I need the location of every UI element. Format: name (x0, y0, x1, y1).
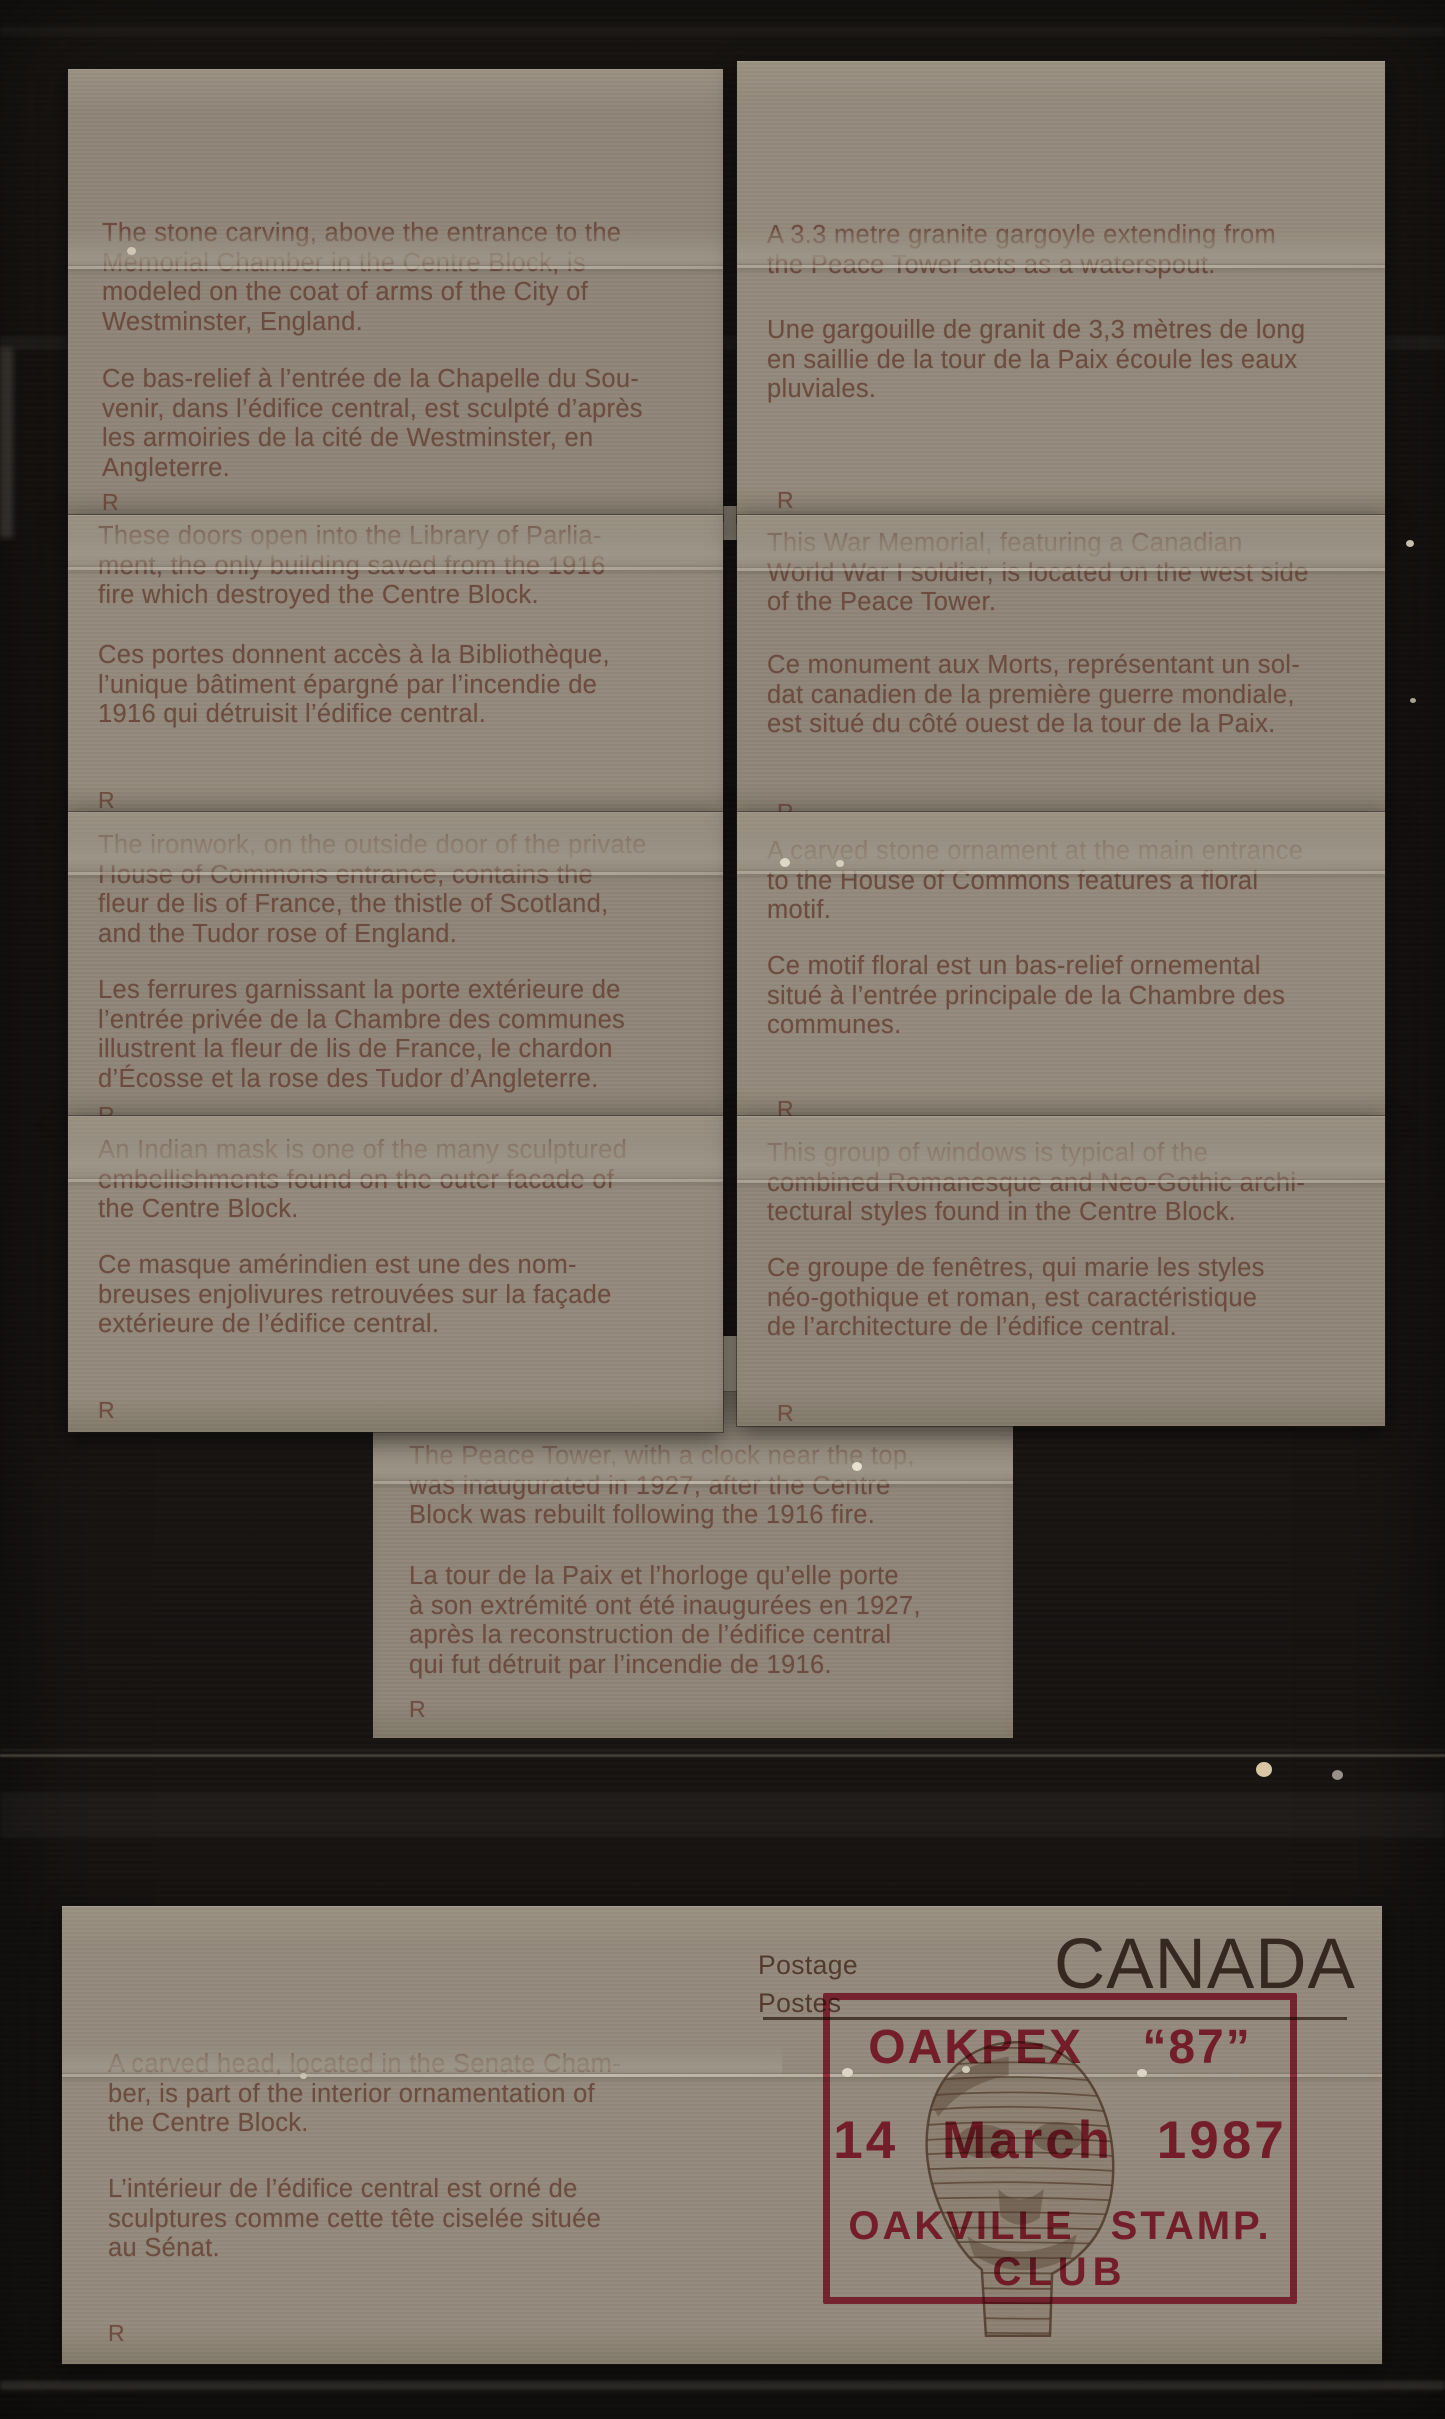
booklet-pane-right-4: This group of windows is typical of the … (737, 1116, 1385, 1426)
pane-text-french: Ce bas-relief à l’entrée de la Chapelle … (102, 365, 643, 483)
pane-text-english: The Peace Tower, with a clock near the t… (409, 1442, 915, 1531)
rate-marker: R (409, 1696, 427, 1723)
pane-text-english: A carved head, located in the Senate Cha… (108, 2050, 621, 2139)
dust-speck (1332, 1770, 1343, 1780)
cachet-club-line-2: CLUB (830, 2250, 1290, 2295)
booklet-cover-bottom: A carved head, located in the Senate Cha… (62, 1906, 1382, 2364)
booklet-pane-left-4: An Indian mask is one of the many sculpt… (68, 1116, 723, 1432)
pane-text-english: These doors open into the Library of Par… (98, 522, 606, 611)
rate-marker: R (102, 489, 120, 516)
pane-text-english: A carved stone ornament at the main entr… (767, 837, 1303, 926)
background-streak (0, 1792, 1445, 1838)
pane-text-english: The ironwork, on the outside door of the… (98, 831, 647, 949)
booklet-pane-right-3: A carved stone ornament at the main entr… (737, 812, 1385, 1124)
rate-marker: R (777, 1400, 795, 1427)
booklet-pane-center: The Peace Tower, with a clock near the t… (373, 1392, 1013, 1738)
pane-text-french: Une gargouille de granit de 3,3 mètres d… (767, 316, 1305, 405)
rate-marker: R (777, 487, 795, 514)
background-streak (0, 348, 13, 538)
pane-text-french: Ce masque amérindien est une des nom- br… (98, 1251, 612, 1340)
pane-text-french: Les ferrures garnissant la porte extérie… (98, 976, 625, 1094)
pane-text-english: This War Memorial, featuring a Canadian … (767, 529, 1309, 618)
rate-marker: R (108, 2320, 126, 2347)
dust-speck (1406, 540, 1414, 547)
cachet-date-line: 14 March 1987 (830, 2110, 1290, 2171)
booklet-pane-right-2: This War Memorial, featuring a Canadian … (737, 515, 1385, 820)
background-streak (0, 26, 1445, 36)
pane-text-english: This group of windows is typical of the … (767, 1139, 1305, 1228)
pane-text-english: A 3.3 metre granite gargoyle extending f… (767, 221, 1276, 280)
background-scratch (0, 1749, 1445, 1751)
rate-marker: R (98, 787, 116, 814)
cachet-club-line: OAKVILLE STAMP. (830, 2204, 1290, 2249)
booklet-pane-left-1: The stone carving, above the entrance to… (68, 69, 723, 521)
pane-text-french: Ce groupe de fenêtres, qui marie les sty… (767, 1254, 1265, 1343)
background-scratch (0, 1754, 1445, 1757)
dust-speck (1256, 1762, 1272, 1777)
pane-text-french: L’intérieur de l’édifice central est orn… (108, 2175, 601, 2264)
oakpex-cachet: OAKPEX “87” 14 March 1987 OAKVILLE STAMP… (823, 1993, 1297, 2304)
pane-text-french: Ce monument aux Morts, représentant un s… (767, 651, 1300, 740)
photo-of-stamp-booklet-covers: The Peace Tower, with a clock near the t… (0, 0, 1445, 2419)
dust-speck (1410, 698, 1416, 703)
pane-text-english: The stone carving, above the entrance to… (102, 219, 621, 337)
pane-text-french: La tour de la Paix et l’horloge qu’elle … (409, 1562, 921, 1680)
pane-text-english: An Indian mask is one of the many sculpt… (98, 1136, 627, 1225)
pane-text-french: Ces portes donnent accès à la Bibliothèq… (98, 641, 610, 730)
background-streak (0, 2381, 1445, 2390)
booklet-pane-right-1: A 3.3 metre granite gargoyle extending f… (737, 61, 1385, 523)
booklet-pane-left-2: These doors open into the Library of Par… (68, 515, 723, 820)
cachet-event-line: OAKPEX “87” (830, 2020, 1290, 2075)
booklet-pane-left-3: The ironwork, on the outside door of the… (68, 812, 723, 1124)
pane-text-french: Ce motif floral est un bas-relief orneme… (767, 952, 1285, 1041)
rate-marker: R (98, 1397, 116, 1424)
